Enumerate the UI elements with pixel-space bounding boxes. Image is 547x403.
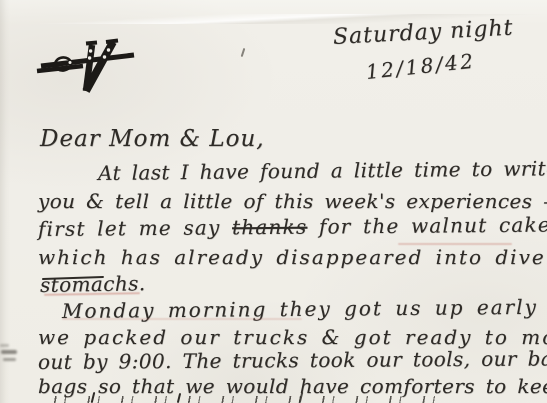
dateline-day: Saturday night: [332, 16, 514, 50]
margin-smudge: [3, 358, 16, 361]
letter-line-segment: for the walnut cake: [307, 213, 547, 239]
dateline-date: 12/18/42: [365, 49, 477, 84]
salutation: Dear Mom & Lou,: [40, 126, 265, 152]
letter-line: bags so that we would have comforters to…: [38, 374, 547, 398]
scan-edge-shading: [0, 0, 10, 403]
letter-line: which has already disappeared into diver…: [38, 245, 547, 269]
letter-line: first let me say thanks for the walnut c…: [38, 213, 547, 241]
letter-line: we packed our trucks & got ready to move: [38, 325, 547, 349]
red-scan-artifact: [62, 318, 302, 320]
scanned-letter-page: Saturday night 12/18/42 Dear Mom & Lou, …: [0, 0, 547, 403]
stray-pen-mark: [241, 48, 246, 57]
letter-line: At last I have found a little time to wr…: [98, 156, 547, 185]
margin-smudge: [0, 344, 9, 347]
letter-line-segment: first let me say: [38, 215, 232, 241]
v-for-victory-emblem: [36, 36, 138, 100]
clipped-line-remnant: [46, 396, 456, 403]
letter-line: out by 9:00. The trucks took our tools, …: [38, 346, 547, 374]
letter-line: you & tell a little of this week's exper…: [38, 189, 547, 213]
struck-word: thanks: [232, 215, 308, 240]
margin-smudge: [1, 350, 17, 354]
red-scan-artifact: [398, 243, 512, 245]
